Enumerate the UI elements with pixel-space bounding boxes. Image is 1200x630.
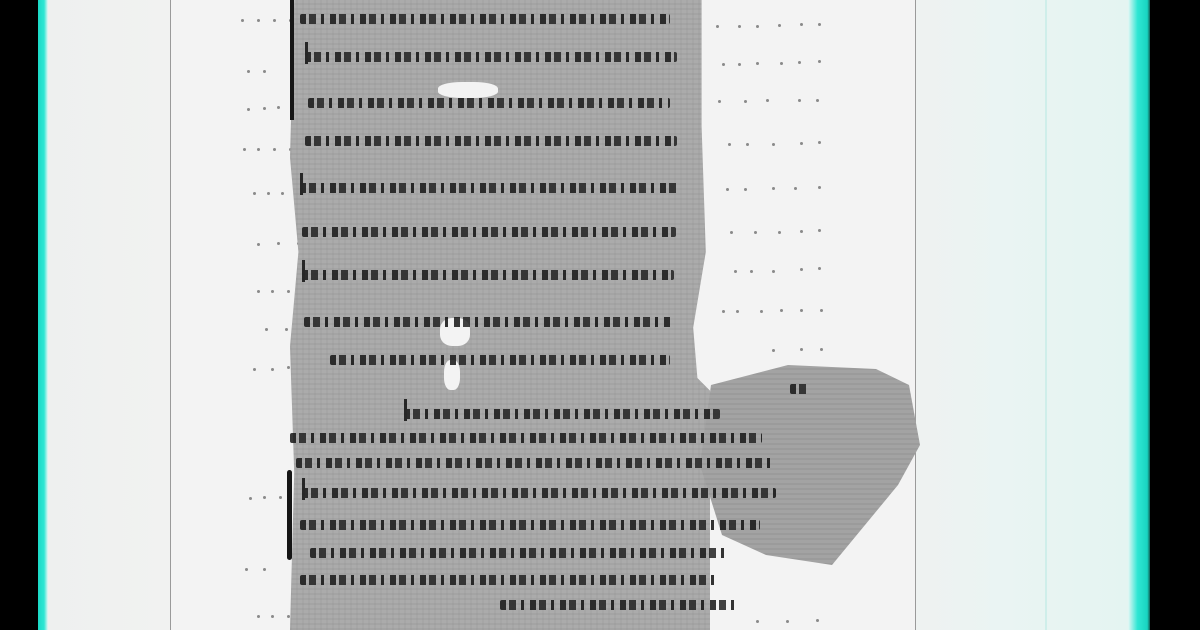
photograph (0, 0, 1200, 630)
right-black-border (1150, 0, 1200, 630)
fragment-edge-ink (287, 470, 292, 560)
right-cyan-edge (1128, 0, 1152, 630)
fragment-edge-ink (290, 0, 294, 120)
scroll-fragment-main (290, 0, 710, 630)
fragment-hole (438, 82, 498, 98)
left-black-border (0, 0, 42, 630)
left-cyan-edge (38, 0, 48, 630)
fragment-hole (706, 330, 766, 370)
plate-edge-line (1045, 0, 1047, 630)
